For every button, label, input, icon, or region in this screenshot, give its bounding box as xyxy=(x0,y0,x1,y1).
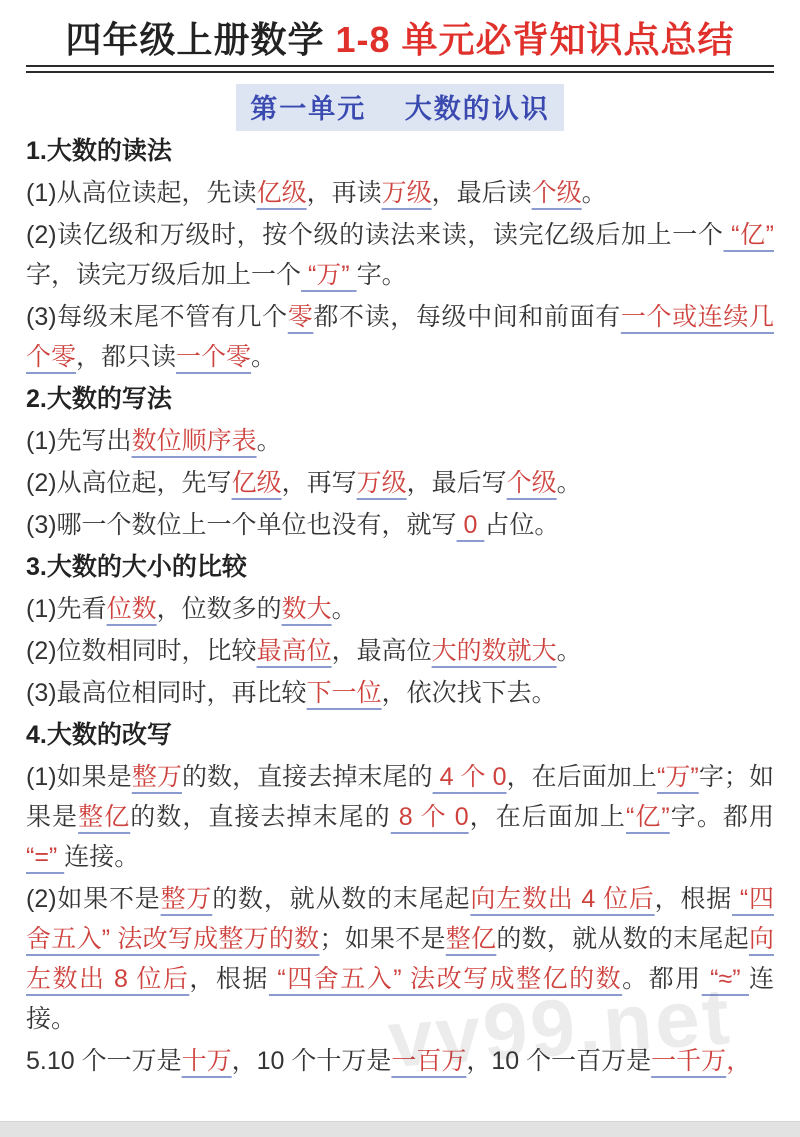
text-run: 。 xyxy=(251,343,276,371)
text-run: 0 xyxy=(457,511,485,539)
section-heading: 2.大数的写法 xyxy=(26,379,774,419)
paragraph: (1)先写出数位顺序表。 xyxy=(26,421,774,461)
text-run: 万级 xyxy=(357,469,407,497)
text-run: 。 xyxy=(557,469,582,497)
text-run: 。都用 xyxy=(622,965,702,993)
paragraph: (2)位数相同时，比较最高位，最高位大的数就大。 xyxy=(26,631,774,671)
subtitle-row: 第一单元 大数的认识 xyxy=(26,84,774,124)
text-run: ，位数多的 xyxy=(157,595,282,623)
unit-subtitle: 第一单元 大数的认识 xyxy=(236,84,564,131)
text-run: 一百万 xyxy=(391,1047,466,1075)
text-run: 数位顺序表 xyxy=(132,427,257,455)
text-run: ，10 个一百万是 xyxy=(466,1047,651,1075)
text-run: (3)哪一个数位上一个单位也没有，就写 xyxy=(26,511,457,539)
text-run: ，在后面加上 xyxy=(507,763,657,791)
text-run: 字。 xyxy=(357,261,407,289)
section: 1.大数的读法(1)从高位读起，先读亿级，再读万级，最后读个级。(2)读亿级和万… xyxy=(26,131,774,377)
title-double-rule xyxy=(26,65,774,73)
text-run: (1)从高位读起，先读 xyxy=(26,179,257,207)
text-run: ，再写 xyxy=(282,469,357,497)
section-heading: 3.大数的大小的比较 xyxy=(26,547,774,587)
text-run: 亿级 xyxy=(257,179,307,207)
page-title-red: 1-8 单元必背知识点总结 xyxy=(335,19,734,60)
text-run: (2)从高位起，先写 xyxy=(26,469,232,497)
text-run: ，最高位 xyxy=(332,637,432,665)
text-run: 亿级 xyxy=(232,469,282,497)
text-run: (1)先看 xyxy=(26,595,107,623)
text-run: 5.10 个一万是 xyxy=(26,1047,182,1075)
text-run: 整万 xyxy=(132,763,182,791)
text-run: 个级 xyxy=(532,179,582,207)
text-run: “万” xyxy=(657,763,699,791)
text-run: ，都只读 xyxy=(76,343,176,371)
paragraph: (1)从高位读起，先读亿级，再读万级，最后读个级。 xyxy=(26,173,774,213)
text-run: 向左数出 4 位后 xyxy=(470,885,654,913)
paragraph: (2)读亿级和万级时，按个级的读法来读，读完亿级后加上一个 “亿” 字，读完万级… xyxy=(26,215,774,295)
text-run: 零 xyxy=(288,303,314,331)
text-run: ，最后读 xyxy=(432,179,532,207)
content: 1.大数的读法(1)从高位读起，先读亿级，再读万级，最后读个级。(2)读亿级和万… xyxy=(26,131,774,1081)
page-title-black: 四年级上册数学 xyxy=(65,19,335,60)
text-run: (3)每级末尾不管有几个 xyxy=(26,303,288,331)
paragraph: (1)如果是整万的数，直接去掉末尾的 4 个 0，在后面加上“万”字；如果是整亿… xyxy=(26,757,774,877)
text-run: (2)位数相同时，比较 xyxy=(26,637,257,665)
text-run: 数大 xyxy=(282,595,332,623)
text-run: ，根据 xyxy=(189,965,269,993)
text-run: 。 xyxy=(582,179,607,207)
text-run: “亿” xyxy=(626,803,670,831)
text-run: ，在后面加上 xyxy=(469,803,626,831)
text-run: 整亿 xyxy=(78,803,130,831)
text-run: 的数，就从数的末尾起 xyxy=(212,885,470,913)
text-run: “四舍五入” 法改写成整亿的数 xyxy=(269,965,622,993)
text-run: 的数，就从数的末尾起 xyxy=(496,925,749,953)
text-run: ， xyxy=(726,1047,751,1075)
text-run: (2)如果不是 xyxy=(26,885,161,913)
section-heading: 4.大数的改写 xyxy=(26,715,774,755)
text-run: ，最后写 xyxy=(407,469,507,497)
section-heading: 1.大数的读法 xyxy=(26,131,774,171)
page-bottom-edge xyxy=(0,1121,800,1137)
text-run: 个级 xyxy=(507,469,557,497)
paragraph: (3)每级末尾不管有几个零都不读，每级中间和前面有一个或连续几个零，都只读一个零… xyxy=(26,297,774,377)
text-run: ；如果不是 xyxy=(319,925,445,953)
text-run: 的数，直接去掉末尾的 xyxy=(182,763,433,791)
text-run: 。 xyxy=(332,595,357,623)
text-run: 最高位 xyxy=(257,637,332,665)
text-run: “亿” xyxy=(724,221,774,249)
text-run: 大的数就大 xyxy=(432,637,557,665)
section: 5.10 个一万是十万，10 个十万是一百万，10 个一百万是一千万， xyxy=(26,1041,774,1081)
text-run: ，根据 xyxy=(655,885,732,913)
text-run: (1)如果是 xyxy=(26,763,132,791)
document-page: 四年级上册数学 1-8 单元必背知识点总结 第一单元 大数的认识 1.大数的读法… xyxy=(0,0,800,1081)
paragraph: (2)从高位起，先写亿级，再写万级，最后写个级。 xyxy=(26,463,774,503)
text-run: 万级 xyxy=(382,179,432,207)
text-run: 字，读完万级后加上一个 xyxy=(26,261,301,289)
text-run: (3)最高位相同时，再比较 xyxy=(26,679,307,707)
text-run: “=” xyxy=(26,843,64,871)
paragraph: (3)哪一个数位上一个单位也没有，就写 0 占位。 xyxy=(26,505,774,545)
text-run: ，10 个十万是 xyxy=(232,1047,392,1075)
text-run: 十万 xyxy=(182,1047,232,1075)
text-run: “≈” xyxy=(702,965,749,993)
text-run: 字。都用 xyxy=(670,803,774,831)
text-run: ，依次找下去。 xyxy=(382,679,557,707)
text-run: 的数，直接去掉末尾的 xyxy=(130,803,391,831)
text-run: 一个零 xyxy=(176,343,251,371)
text-run: 4 个 0 xyxy=(433,763,507,791)
paragraph: (2)如果不是整万的数，就从数的末尾起向左数出 4 位后，根据 “四舍五入” 法… xyxy=(26,879,774,1039)
page-title: 四年级上册数学 1-8 单元必背知识点总结 xyxy=(26,18,774,62)
text-run: (1)先写出 xyxy=(26,427,132,455)
text-run: (2)读亿级和万级时，按个级的读法来读，读完亿级后加上一个 xyxy=(26,221,724,249)
text-run: 位数 xyxy=(107,595,157,623)
text-run: 。 xyxy=(557,637,582,665)
paragraph: (1)先看位数，位数多的数大。 xyxy=(26,589,774,629)
text-run: “万” xyxy=(301,261,357,289)
text-run: 占位。 xyxy=(484,511,559,539)
section: 4.大数的改写(1)如果是整万的数，直接去掉末尾的 4 个 0，在后面加上“万”… xyxy=(26,715,774,1039)
text-run: 下一位 xyxy=(307,679,382,707)
text-run: 整亿 xyxy=(446,925,497,953)
paragraph: (3)最高位相同时，再比较下一位，依次找下去。 xyxy=(26,673,774,713)
text-run: ，再读 xyxy=(307,179,382,207)
text-run: 一千万 xyxy=(651,1047,726,1075)
section: 3.大数的大小的比较(1)先看位数，位数多的数大。(2)位数相同时，比较最高位，… xyxy=(26,547,774,713)
text-run: 。 xyxy=(257,427,282,455)
text-run: 都不读，每级中间和前面有 xyxy=(313,303,620,331)
text-run: 连接。 xyxy=(64,843,139,871)
paragraph: 5.10 个一万是十万，10 个十万是一百万，10 个一百万是一千万， xyxy=(26,1041,774,1081)
text-run: 整万 xyxy=(161,885,213,913)
text-run: 8 个 0 xyxy=(391,803,469,831)
section: 2.大数的写法(1)先写出数位顺序表。(2)从高位起，先写亿级，再写万级，最后写… xyxy=(26,379,774,545)
